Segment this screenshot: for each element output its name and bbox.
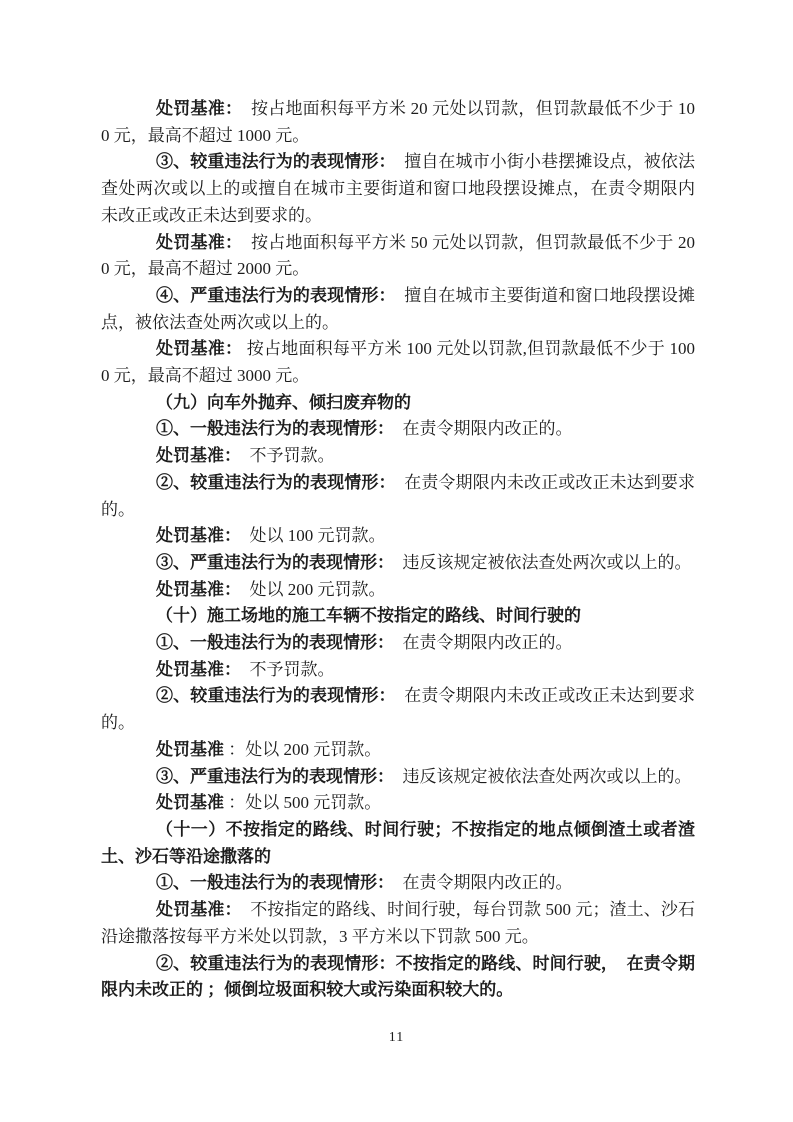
bold-label: （十）施工场地的施工车辆不按指定的路线、时间行驶的	[156, 606, 581, 625]
paragraph: ②、较重违法行为的表现情形： 在责令期限内未改正或改正未达到要求的。	[101, 470, 695, 523]
bold-label: ④、严重违法行为的表现情形：	[156, 286, 387, 305]
paragraph: ①、一般违法行为的表现情形： 在责令期限内改正的。	[101, 416, 695, 443]
page-footer: 11	[0, 1028, 793, 1046]
paragraph: ③、严重违法行为的表现情形： 违反该规定被依法查处两次或以上的。	[101, 550, 695, 577]
paragraph: （十一）不按指定的路线、时间行驶；不按指定的地点倾倒渣土或者渣土、沙石等沿途撒落…	[101, 817, 695, 870]
text-segment: 违反该规定被依法查处两次或以上的。	[386, 767, 692, 786]
bold-label: 处罚基准：	[156, 660, 233, 679]
paragraph: ③、较重违法行为的表现情形： 擅自在城市小街小巷摆摊设点，被依法查处两次或以上的…	[101, 149, 695, 229]
text-segment: ：处以 200 元罚款。	[224, 740, 381, 759]
text-segment: ：处以 500 元罚款。	[224, 793, 381, 812]
paragraph: ①、一般违法行为的表现情形： 在责令期限内改正的。	[101, 870, 695, 897]
paragraph: 处罚基准： 不按指定的路线、时间行驶，每台罚款 500 元；渣土、沙石沿途撒落按…	[101, 897, 695, 950]
text-segment: 处以 200 元罚款。	[233, 580, 386, 599]
document-page: 处罚基准： 按占地面积每平方米 20 元处以罚款，但罚款最低不少于 100 元，…	[0, 0, 793, 1122]
bold-label: ①、一般违法行为的表现情形：	[156, 633, 386, 652]
bold-label: 处罚基准：	[156, 233, 234, 252]
paragraph: （九）向车外抛弃、倾扫废弃物的	[101, 390, 695, 417]
text-segment: 不予罚款。	[233, 660, 335, 679]
paragraph: ①、一般违法行为的表现情形： 在责令期限内改正的。	[101, 630, 695, 657]
text-segment: 违反该规定被依法查处两次或以上的。	[386, 553, 692, 572]
text-segment: 处以 100 元罚款。	[233, 526, 386, 545]
text-segment: 在责令期限内改正的。	[386, 633, 573, 652]
bold-label: （九）向车外抛弃、倾扫废弃物的	[156, 393, 411, 412]
page-number: 11	[389, 1030, 404, 1045]
paragraph: 处罚基准： 按占地面积每平方米 50 元处以罚款，但罚款最低不少于 200 元，…	[101, 230, 695, 283]
bold-label: ②、较重违法行为的表现情形：不按指定的路线、时间行驶， 在责令期限内未改正的 ；…	[101, 954, 695, 1000]
paragraph: 处罚基准： 按占地面积每平方米 100 元处以罚款,但罚款最低不少于 1000 …	[101, 336, 695, 389]
paragraph: 处罚基准 ：处以 200 元罚款。	[101, 737, 695, 764]
bold-label: ②、较重违法行为的表现情形：	[156, 686, 387, 705]
bold-label: ②、较重违法行为的表现情形：	[156, 473, 387, 492]
bold-label: ③、较重违法行为的表现情形：	[156, 152, 387, 171]
bold-label: ③、严重违法行为的表现情形：	[156, 767, 386, 786]
paragraph: 处罚基准 ：处以 500 元罚款。	[101, 790, 695, 817]
bold-label: ③、严重违法行为的表现情形：	[156, 553, 386, 572]
text-segment: 在责令期限内改正的。	[386, 419, 573, 438]
paragraph: 处罚基准： 处以 100 元罚款。	[101, 523, 695, 550]
text-segment: 不予罚款。	[233, 446, 335, 465]
bold-label: 处罚基准：	[156, 339, 242, 358]
bold-label: 处罚基准：	[156, 99, 234, 118]
bold-label: 处罚基准	[156, 793, 224, 812]
paragraph: 处罚基准： 处以 200 元罚款。	[101, 577, 695, 604]
document-body: 处罚基准： 按占地面积每平方米 20 元处以罚款，但罚款最低不少于 100 元，…	[101, 96, 695, 1004]
paragraph: ③、严重违法行为的表现情形： 违反该规定被依法查处两次或以上的。	[101, 764, 695, 791]
paragraph: 处罚基准： 不予罚款。	[101, 657, 695, 684]
bold-label: 处罚基准：	[156, 900, 233, 919]
paragraph: ④、严重违法行为的表现情形： 擅自在城市主要街道和窗口地段摆设摊点，被依法查处两…	[101, 283, 695, 336]
bold-label: 处罚基准	[156, 740, 224, 759]
text-segment: 在责令期限内改正的。	[386, 873, 573, 892]
bold-label: 处罚基准：	[156, 580, 233, 599]
bold-label: 处罚基准：	[156, 526, 233, 545]
bold-label: ①、一般违法行为的表现情形：	[156, 419, 386, 438]
bold-label: （十一）不按指定的路线、时间行驶；不按指定的地点倾倒渣土或者渣土、沙石等沿途撒落…	[101, 820, 695, 866]
paragraph: （十）施工场地的施工车辆不按指定的路线、时间行驶的	[101, 603, 695, 630]
bold-label: 处罚基准：	[156, 446, 233, 465]
paragraph: ②、较重违法行为的表现情形：不按指定的路线、时间行驶， 在责令期限内未改正的 ；…	[101, 951, 695, 1004]
paragraph: 处罚基准： 不予罚款。	[101, 443, 695, 470]
paragraph: 处罚基准： 按占地面积每平方米 20 元处以罚款，但罚款最低不少于 100 元，…	[101, 96, 695, 149]
bold-label: ①、一般违法行为的表现情形：	[156, 873, 386, 892]
paragraph: ②、较重违法行为的表现情形： 在责令期限内未改正或改正未达到要求的。	[101, 683, 695, 736]
